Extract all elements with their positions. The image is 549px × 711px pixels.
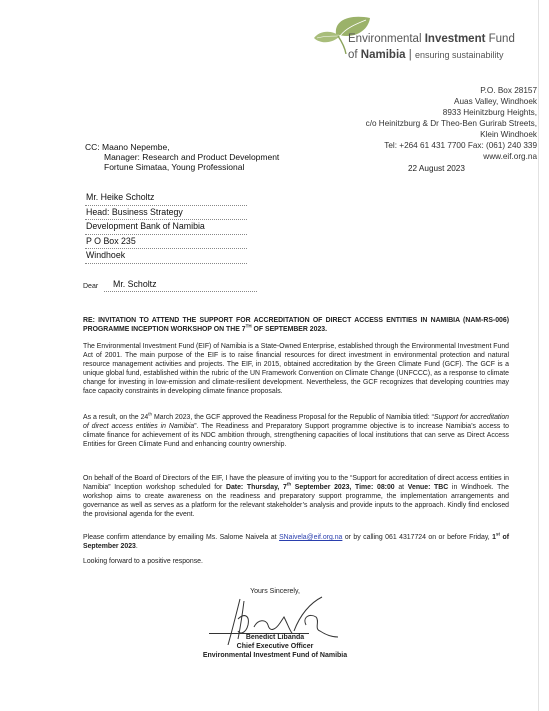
cc-label: CC: bbox=[85, 142, 100, 152]
paragraph-rsvp: Please confirm attendance by emailing Ms… bbox=[83, 533, 509, 551]
org-name-text: Environmental bbox=[348, 33, 425, 45]
event-time: September 2023, Time: 08:00 bbox=[291, 484, 395, 491]
recipient-box: P O Box 235 bbox=[85, 235, 247, 250]
phone-fax: Tel: +264 61 431 7700 Fax: (061) 240 339 bbox=[366, 140, 537, 151]
org-name-line1: Environmental Investment Fund bbox=[348, 33, 515, 45]
tagline: ensuring sustainability bbox=[415, 50, 504, 60]
address-line: c/o Heinitzburg & Dr Theo-Ben Gurirab St… bbox=[366, 118, 537, 129]
website: www.eif.org.na bbox=[366, 151, 537, 162]
recipient-org: Development Bank of Namibia bbox=[85, 220, 247, 235]
cc-line: Maano Nepembe, bbox=[102, 142, 170, 152]
salutation-label: Dear bbox=[83, 283, 98, 290]
page-edge-line bbox=[538, 0, 539, 711]
org-name-line2: of Namibia | ensuring sustainability bbox=[348, 49, 504, 61]
salutation-name: Mr. Scholtz bbox=[104, 279, 257, 292]
org-name-text: of bbox=[348, 49, 361, 61]
org-name-bold: Namibia bbox=[361, 49, 406, 61]
subject-text: OF SEPTEMBER 2023. bbox=[252, 326, 327, 333]
text: . bbox=[136, 543, 138, 550]
recipient-address: Mr. Heike Scholtz Head: Business Strateg… bbox=[85, 191, 247, 264]
signer-title: Chief Executive Officer bbox=[180, 643, 370, 652]
event-date: Date: Thursday, 7 bbox=[226, 484, 287, 491]
cc-line: Manager: Research and Product Developmen… bbox=[85, 152, 279, 162]
address-line: P.O. Box 28157 bbox=[366, 85, 537, 96]
text: at bbox=[395, 484, 408, 491]
recipient-title: Head: Business Strategy bbox=[85, 206, 247, 221]
text: March 2023, the GCF approved the Readine… bbox=[152, 414, 434, 421]
email-link[interactable]: SNaivela@eif.org.na bbox=[279, 534, 342, 541]
signer-org: Environmental Investment Fund of Namibia bbox=[180, 652, 370, 661]
letter-date: 22 August 2023 bbox=[408, 164, 465, 173]
signer-block: Benedict Libanda Chief Executive Officer… bbox=[180, 634, 370, 660]
text: As a result, on the 24 bbox=[83, 414, 148, 421]
paragraph-intro: The Environmental Investment Fund (EIF) … bbox=[83, 342, 509, 397]
paragraph-invitation: On behalf of the Board of Directors of t… bbox=[83, 474, 509, 519]
sign-off: Yours Sincerely, bbox=[180, 588, 370, 595]
address-line: 8933 Heinitzburg Heights, bbox=[366, 107, 537, 118]
paragraph-closing: Looking forward to a positive response. bbox=[83, 557, 509, 566]
recipient-city: Windhoek bbox=[85, 249, 247, 264]
separator: | bbox=[406, 49, 415, 61]
text: Please confirm attendance by emailing Ms… bbox=[83, 534, 279, 541]
sender-address: P.O. Box 28157 Auas Valley, Windhoek 893… bbox=[366, 85, 537, 162]
org-name-text: Fund bbox=[485, 33, 514, 45]
address-line: Auas Valley, Windhoek bbox=[366, 96, 537, 107]
paragraph-readiness: As a result, on the 24th March 2023, the… bbox=[83, 413, 509, 449]
cc-line: Fortune Simataa, Young Professional bbox=[85, 162, 279, 172]
address-line: Klein Windhoek bbox=[366, 129, 537, 140]
org-name-bold: Investment bbox=[425, 33, 486, 45]
cc-block: CC: Maano Nepembe, Manager: Research and… bbox=[85, 142, 279, 172]
text: or by calling 061 4317724 on or before F… bbox=[342, 534, 492, 541]
event-venue: Venue: TBC bbox=[408, 484, 448, 491]
signer-name: Benedict Libanda bbox=[180, 634, 370, 643]
recipient-name: Mr. Heike Scholtz bbox=[85, 191, 247, 206]
subject-line: RE: INVITATION TO ATTEND THE SUPPORT FOR… bbox=[83, 316, 509, 335]
